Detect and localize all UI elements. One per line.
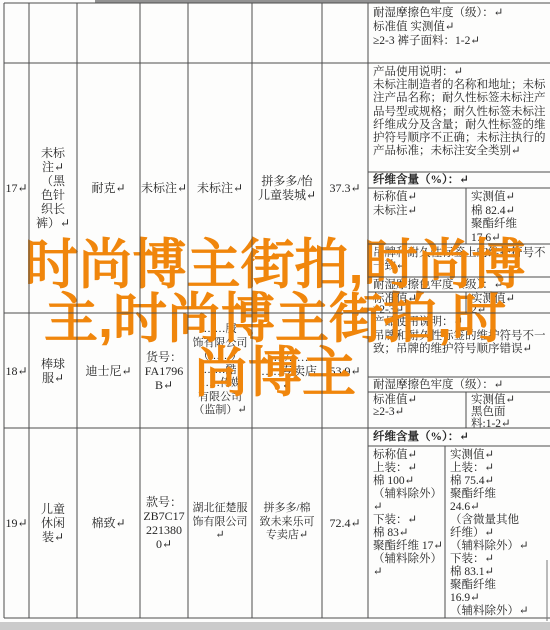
cell-spec-model: 货号： FA1796 B↵ (140, 313, 188, 428)
cell-price: 72.4↵ (322, 428, 368, 617)
cell-trademark: 棉致↵ (77, 428, 140, 617)
cell-spec-model: 款号： ZB7C17 221380 0↵ (140, 428, 188, 617)
result-text-row16: 耐湿摩擦色牢度（级）：↵ 标准值 实测值↵ ≥2-3 裤子面料：1-2↵ (368, 4, 548, 61)
cell-spec-model: 未标注↵ (140, 63, 188, 313)
cell-purchase-channel: ……/…… ……专卖店↵ (252, 313, 322, 428)
cell-serial-number: 19↵ (4, 428, 29, 617)
cell-purchase-channel: 拼多多/怡 儿童装城↵ (252, 63, 322, 313)
cell-manufacturer: 未标注↵ (188, 63, 252, 313)
label-note-text: 吊牌和耐久性标签上的维护符号不一致↵ (368, 245, 548, 276)
cell-serial-number: 17↵ (4, 63, 29, 313)
fiber-measured-value: 实测值↵ 上装：↵ 棉 75.4↵ 聚酯纤维 24.6↵ （含微量其他 纤维）↵… (445, 447, 550, 617)
fiber-content-heading: 纤维含量（%）：↵ (368, 172, 548, 188)
rub-measured-value: 实测值↵ 黑色面 料:1-2↵ (466, 392, 550, 428)
rub-measured-value: 实测值↵ 2↵ (466, 292, 550, 313)
rub-fastness-heading: 耐湿摩擦色牢度（级）：↵ (368, 377, 548, 392)
cell-product-name: 棒球 服↵ (29, 313, 77, 428)
cell-trademark: 耐克↵ (77, 63, 140, 313)
cell-price: 53.9↵ (322, 313, 368, 428)
fiber-content-heading: 纤维含量（%）：↵ (368, 429, 548, 446)
rub-standard-value: 标准值↵ ≥2-3↵ (368, 392, 464, 428)
scan-artifact-top (95, 0, 440, 3)
fiber-nominal-value: 标称值↵ 上装：↵ 棉 100↵ （辅料除外）↵ 下装：↵ 棉 83↵ 聚酯纤维… (368, 447, 444, 617)
usage-instructions-text: 产品使用说明：↵ 吊牌和耐久性标签的维护符号不一致；吊牌的维护符号顺序错误↵ (368, 314, 548, 376)
fiber-nominal-value: 标称值↵ 未标注↵ (368, 189, 464, 244)
fiber-measured-value: 实测值↵ 棉 82.4↵ 聚酯纤维 17.6↵ (466, 189, 550, 244)
cell-manufacturer: ……服 饰有限公司 （……） ……酷 ……传媒 有限公司 （监制）↵ (188, 313, 252, 428)
cell-product-name: 儿童 休闲 装↵ (29, 428, 77, 617)
usage-instructions-text: 产品使用说明：↵ 未标注制造者的名称和地址；未标注产品名称；耐久性标签未标注产品… (368, 64, 548, 172)
document-page: 耐湿摩擦色牢度（级）：↵ 标准值 实测值↵ ≥2-3 裤子面料：1-2↵ 17↵… (0, 0, 550, 630)
cell-purchase-channel: 拼多多/棉 致未来乐可 专卖店↵ (252, 428, 322, 617)
scan-artifact-bottom (0, 622, 550, 630)
cell-serial-number: 18↵ (4, 313, 29, 428)
cell-manufacturer: 湖北征楚服 饰有限公司↵ (188, 428, 252, 617)
cell-price: 37.3↵ (322, 63, 368, 313)
rub-standard-value: 标准值↵ ≥2-3↵ (368, 292, 464, 313)
cell-product-name: 未标 注↵ （黑 色针 织长 裤）↵ (29, 63, 77, 313)
rub-fastness-heading: 耐湿摩擦色牢度（级）：↵ (368, 277, 548, 292)
cell-trademark: 迪士尼↵ (77, 313, 140, 428)
